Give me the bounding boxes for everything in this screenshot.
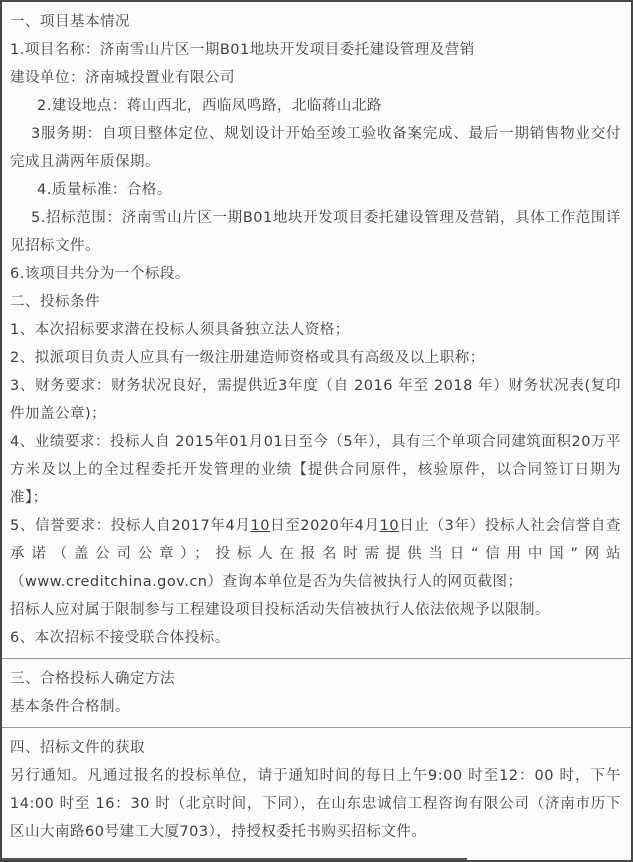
para-bid-sections: 6.该项目共分为一个标段。: [10, 260, 621, 288]
credit-underlined-date: 10: [380, 518, 399, 534]
section2-heading: 二、投标条件: [10, 288, 621, 316]
credit-underlined-date: 10: [251, 518, 270, 534]
para-tender-scope: 5.招标范围：济南雪山片区一期B01地块开发项目委托建设管理及营销，具体工作范围…: [10, 204, 621, 260]
para-dishonest-restriction: 招标人应对属于限制参与工程建设项目投标活动失信被执行人依法依规予以限制。: [10, 596, 621, 624]
para-financial-requirement: 3、财务要求：财务状况良好，需提供近3年度（自 2016 年至 2018 年）财…: [10, 372, 621, 428]
para-construction-unit: 建设单位：济南城投置业有限公司: [10, 64, 621, 92]
para-project-name: 1.项目名称：济南雪山片区一期B01地块开发项目委托建设管理及营销: [10, 36, 621, 64]
credit-text-segment: 5、信誉要求：投标人自2017年4月: [10, 518, 251, 534]
section3-heading: 三、合格投标人确定方法: [10, 665, 621, 693]
section-divider: [2, 658, 631, 659]
section-bidding-conditions: 二、投标条件 1、本次招标要求潜在投标人须具备独立法人资格； 2、拟派项目负责人…: [10, 288, 621, 652]
tender-notice-document: 一、项目基本情况 1.项目名称：济南雪山片区一期B01地块开发项目委托建设管理及…: [0, 0, 633, 862]
section-qualified-bidder-method: 三、合格投标人确定方法 基本条件合格制。: [10, 665, 621, 721]
para-credit-requirement: 5、信誉要求：投标人自2017年4月10日至2020年4月10日止（3年）投标人…: [10, 512, 621, 596]
para-performance-requirement: 4、业绩要求：投标人自 2015年01月01日至今（5年），具有三个单项合同建筑…: [10, 428, 621, 512]
para-acquisition-details: 另行通知。凡通过报名的投标单位，请于通知时间的每日上午9:00 时至12：00 …: [10, 762, 621, 846]
section1-heading: 一、项目基本情况: [10, 8, 621, 36]
para-qualification-system: 基本条件合格制。: [10, 693, 621, 721]
para-legal-person-requirement: 1、本次招标要求潜在投标人须具备独立法人资格；: [10, 316, 621, 344]
para-no-consortium: 6、本次招标不接受联合体投标。: [10, 624, 621, 652]
section4-heading: 四、招标文件的获取: [10, 734, 621, 762]
para-service-period: 3服务期：自项目整体定位、规划设计开始至竣工验收备案完成、最后一期销售物业交付完…: [10, 120, 621, 176]
section-divider: [2, 727, 631, 728]
bottom-edge-line: [2, 858, 467, 860]
para-construction-site: 2.建设地点：蒋山西北，西临凤鸣路，北临蒋山北路: [10, 92, 621, 120]
section-document-acquisition: 四、招标文件的获取 另行通知。凡通过报名的投标单位，请于通知时间的每日上午9:0…: [10, 734, 621, 846]
credit-text-segment: 日至2020年4月: [270, 518, 380, 534]
para-quality-standard: 4.质量标准：合格。: [10, 176, 621, 204]
section-project-basic-info: 一、项目基本情况 1.项目名称：济南雪山片区一期B01地块开发项目委托建设管理及…: [10, 8, 621, 288]
para-project-manager-requirement: 2、拟派项目负责人应具有一级注册建造师资格或具有高级及以上职称；: [10, 344, 621, 372]
